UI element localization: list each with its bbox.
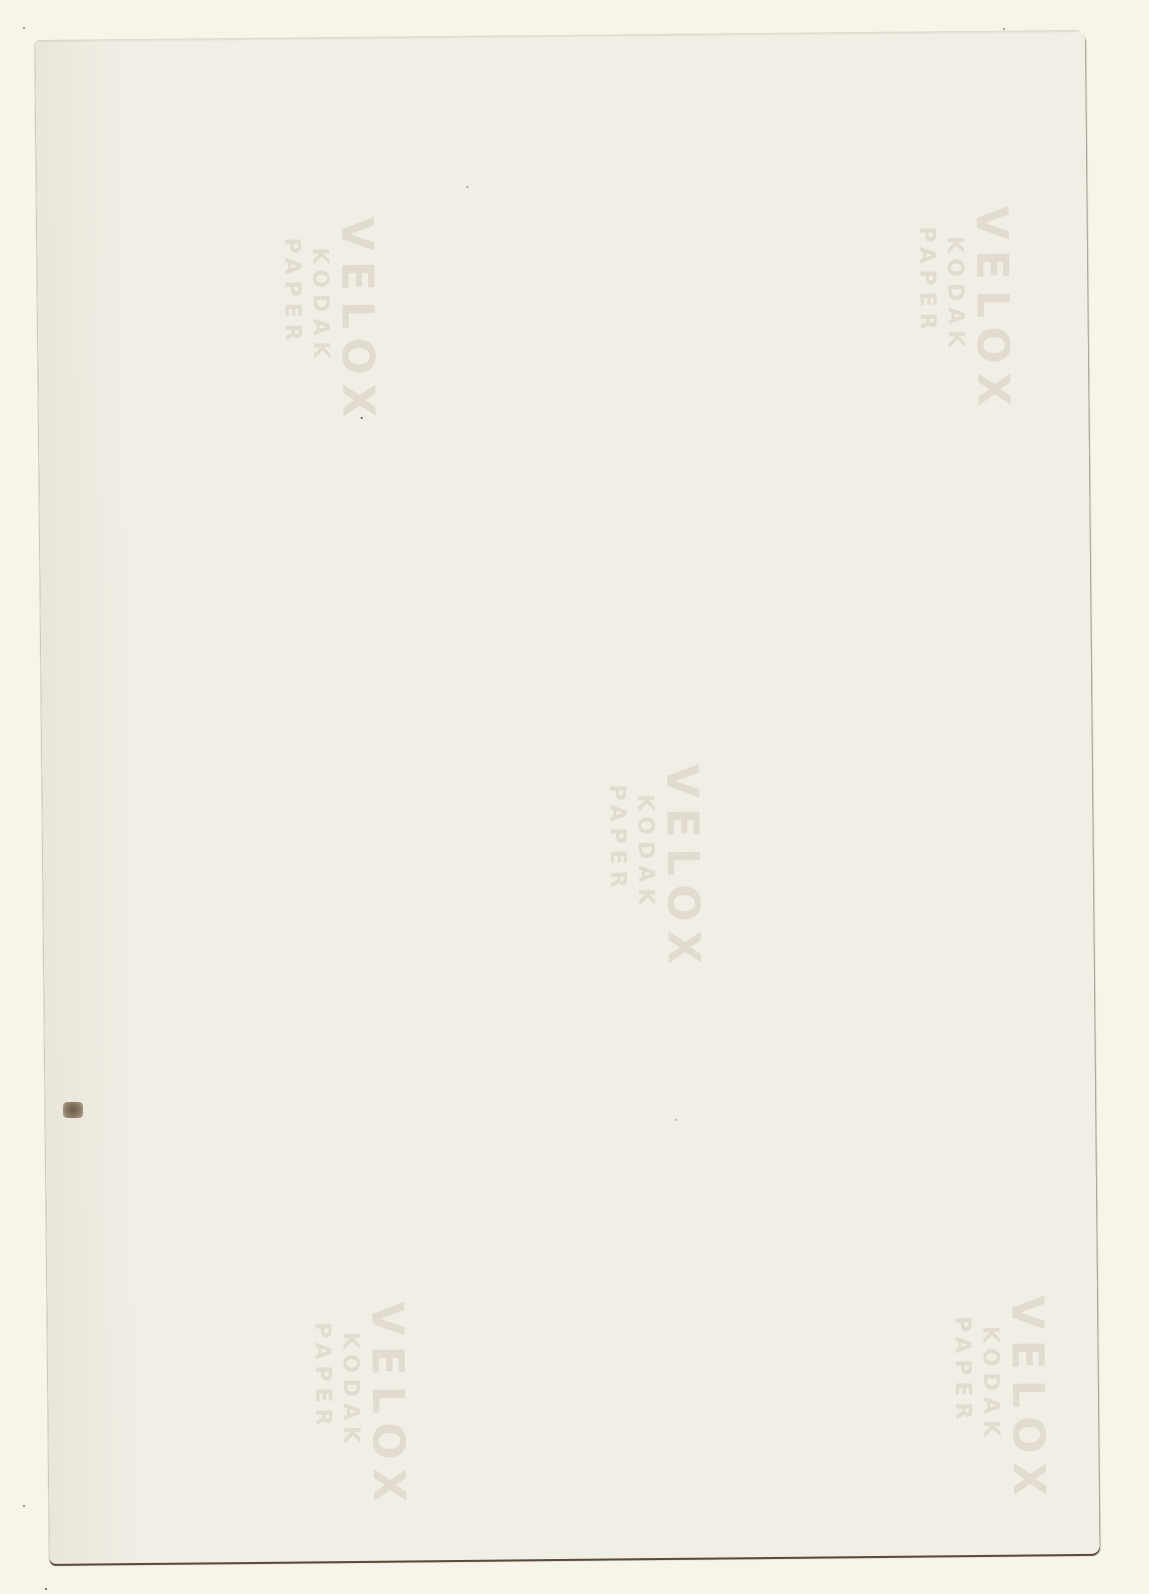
watermark-bottom-right: VELOX KODAK PAPER [902,1285,1100,1527]
watermark-velox-text: VELOX [331,217,384,428]
watermark-kodak-text: KODAK [307,247,333,364]
watermark-top-right: VELOX KODAK PAPER [867,195,1069,437]
watermark-paper-text: PAPER [279,237,305,346]
watermark-velox-text: VELOX [656,764,709,975]
watermark-kodak-text: KODAK [977,1326,1003,1443]
watermark-kodak-text: KODAK [942,236,968,353]
dust-speck [45,1588,47,1590]
watermark-paper-text: PAPER [309,1322,335,1431]
watermark-paper-text: PAPER [949,1316,975,1425]
watermark-bottom-left: VELOX KODAK PAPER [262,1291,464,1533]
dust-speck [675,1119,677,1121]
dust-speck [23,1505,25,1507]
watermark-kodak-text: KODAK [337,1332,363,1449]
dust-speck [361,417,363,419]
dust-speck [1003,28,1005,30]
dust-speck [466,186,468,188]
watermark-center: VELOX KODAK PAPER [557,753,759,995]
watermark-kodak-text: KODAK [632,794,658,911]
dust-speck [23,27,25,29]
watermark-paper-text: PAPER [604,784,630,893]
scanner-spot-mark [63,1102,83,1118]
watermark-velox-text: VELOX [361,1301,414,1512]
photo-paper-back: VELOX KODAK PAPER VELOX KODAK PAPER VELO… [35,30,1100,1564]
watermark-velox-text: VELOX [1001,1295,1054,1506]
watermark-paper-text: PAPER [914,226,940,335]
watermark-velox-text: VELOX [966,206,1019,417]
watermark-top-left: VELOX KODAK PAPER [232,206,434,448]
